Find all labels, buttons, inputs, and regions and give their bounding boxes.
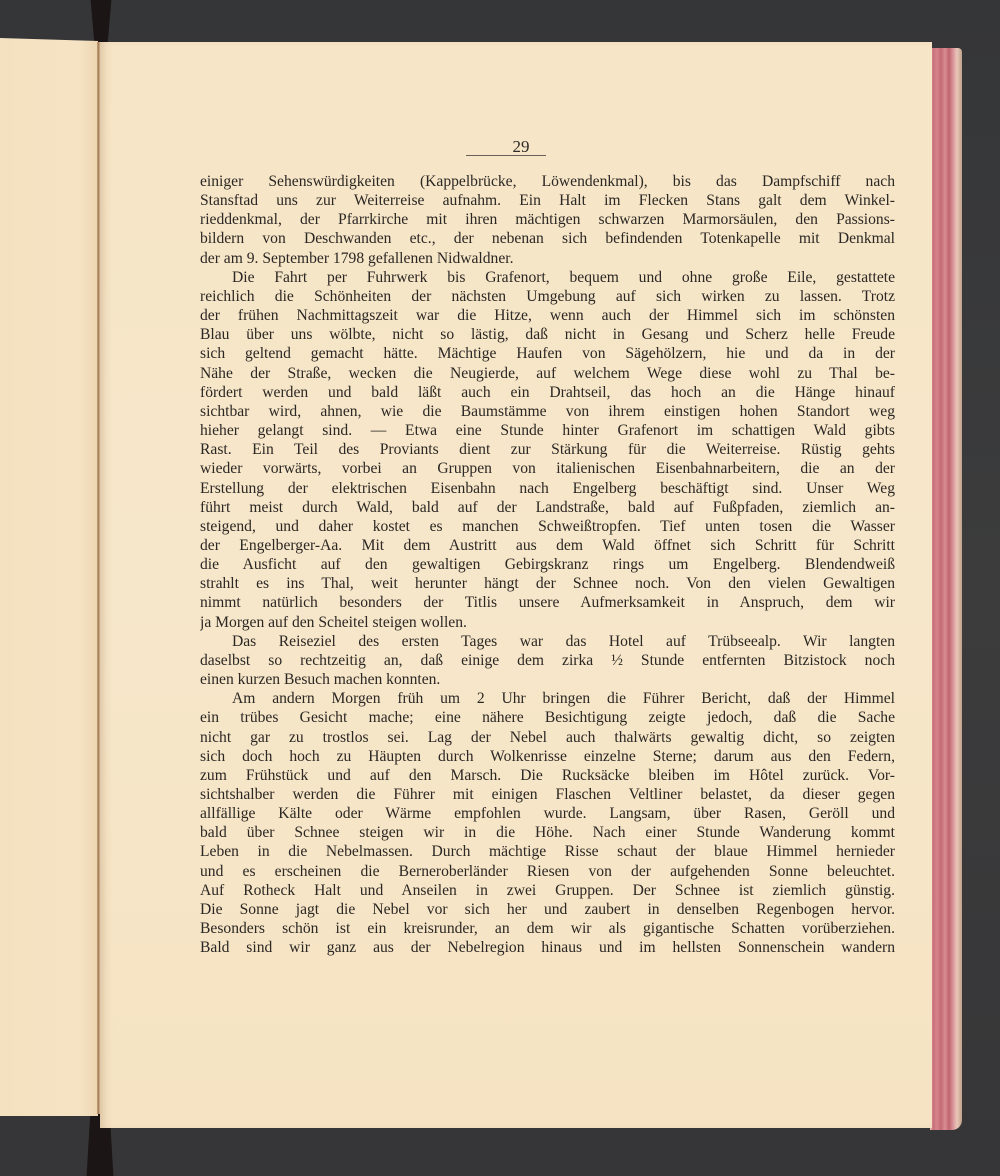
text-line: führt meist durch Wald, bald auf der Lan… — [200, 498, 895, 517]
text-line: sich geltend gemacht hätte. Mächtige Hau… — [200, 344, 895, 363]
text-line: wieder vorwärts, vorbei an Gruppen von i… — [200, 459, 895, 478]
page-edges-red — [930, 48, 962, 1130]
right-page: 29 einiger Sehenswürdigkeiten (Kappelbrü… — [100, 42, 932, 1128]
text-line: bald über Schnee steigen wir in die Höhe… — [200, 823, 895, 842]
text-line: Am andern Morgen früh um 2 Uhr bringen d… — [200, 689, 895, 708]
text-line: fördert werden und bald läßt auch ein Dr… — [200, 383, 895, 402]
text-line: Die Sonne jagt die Nebel vor sich her un… — [200, 900, 895, 919]
text-line: sichtbar wird, ahnen, wie die Baumstämme… — [200, 402, 895, 421]
text-line: Auf Rotheck Halt und Anseilen in zwei Gr… — [200, 881, 895, 900]
paragraph: einiger Sehenswürdigkeiten (Kappelbrücke… — [200, 172, 895, 268]
paragraph: Das Reiseziel des ersten Tages war das H… — [200, 632, 895, 689]
text-line: Leben in die Nebelmassen. Durch mächtige… — [200, 842, 895, 861]
text-line: ein trübes Gesicht mache; eine nähere Be… — [200, 708, 895, 727]
text-line: Die Fahrt per Fuhrwerk bis Grafenort, be… — [200, 268, 895, 287]
text-line: reichlich die Schönheiten der nächsten U… — [200, 287, 895, 306]
text-line: sichtshalber werden die Führer mit einig… — [200, 785, 895, 804]
paragraph: Am andern Morgen früh um 2 Uhr bringen d… — [200, 689, 895, 957]
text-line: strahlt es ins Thal, weit herunter hängt… — [200, 574, 895, 593]
text-line: steigend, und daher kostet es manchen Sc… — [200, 517, 895, 536]
body-text: einiger Sehenswürdigkeiten (Kappelbrücke… — [200, 172, 895, 957]
text-line: Stansftad uns zur Weiterreise aufnahm. E… — [200, 191, 895, 210]
text-line: Blau über uns wölbte, nicht so lästig, d… — [200, 325, 895, 344]
page-number: 29 — [100, 137, 932, 157]
text-line: zum Frühstück und auf den Marsch. Die Ru… — [200, 766, 895, 785]
text-line: nimmt natürlich besonders der Titlis uns… — [200, 593, 895, 612]
text-line: die Ausficht auf den gewaltigen Gebirgsk… — [200, 555, 895, 574]
text-line: hieher gelangt sind. — Etwa eine Stunde … — [200, 421, 895, 440]
text-line: allfällige Kälte oder Wärme empfohlen wu… — [200, 804, 895, 823]
text-line: Besonders schön ist ein kreisrunder, an … — [200, 919, 895, 938]
text-line: daselbst so rechtzeitig an, daß einige d… — [200, 651, 895, 670]
text-line: Das Reiseziel des ersten Tages war das H… — [200, 632, 895, 651]
paragraph: Die Fahrt per Fuhrwerk bis Grafenort, be… — [200, 268, 895, 632]
text-line: rieddenkmal, der Pfarrkirche mit ihren m… — [200, 210, 895, 229]
page-number-rule — [466, 155, 546, 156]
text-line: Nähe der Straße, wecken die Neugierde, a… — [200, 364, 895, 383]
text-line: nicht gar zu trostlos sei. Lag der Nebel… — [200, 728, 895, 747]
text-line: Erstellung der elektrischen Eisenbahn na… — [200, 479, 895, 498]
text-line: Bald sind wir ganz aus der Nebelregion h… — [200, 938, 895, 957]
text-line: der frühen Nachmittagszeit war die Hitze… — [200, 306, 895, 325]
text-line: Rast. Ein Teil des Proviants dient zur S… — [200, 440, 895, 459]
left-page-edge — [0, 38, 98, 1116]
text-line: einiger Sehenswürdigkeiten (Kappelbrücke… — [200, 172, 895, 191]
text-line: der Engelberger-Aa. Mit dem Austritt aus… — [200, 536, 895, 555]
text-line: einen kurzen Besuch machen konnten. — [200, 670, 895, 689]
text-line: und es erscheinen die Berneroberländer R… — [200, 862, 895, 881]
text-line: der am 9. September 1798 gefallenen Nidw… — [200, 249, 895, 268]
text-line: ja Morgen auf den Scheitel steigen wolle… — [200, 613, 895, 632]
text-line: bildern von Deschwanden etc., der nebena… — [200, 229, 895, 248]
text-line: sich doch hoch zu Häupten durch Wolkenri… — [200, 747, 895, 766]
